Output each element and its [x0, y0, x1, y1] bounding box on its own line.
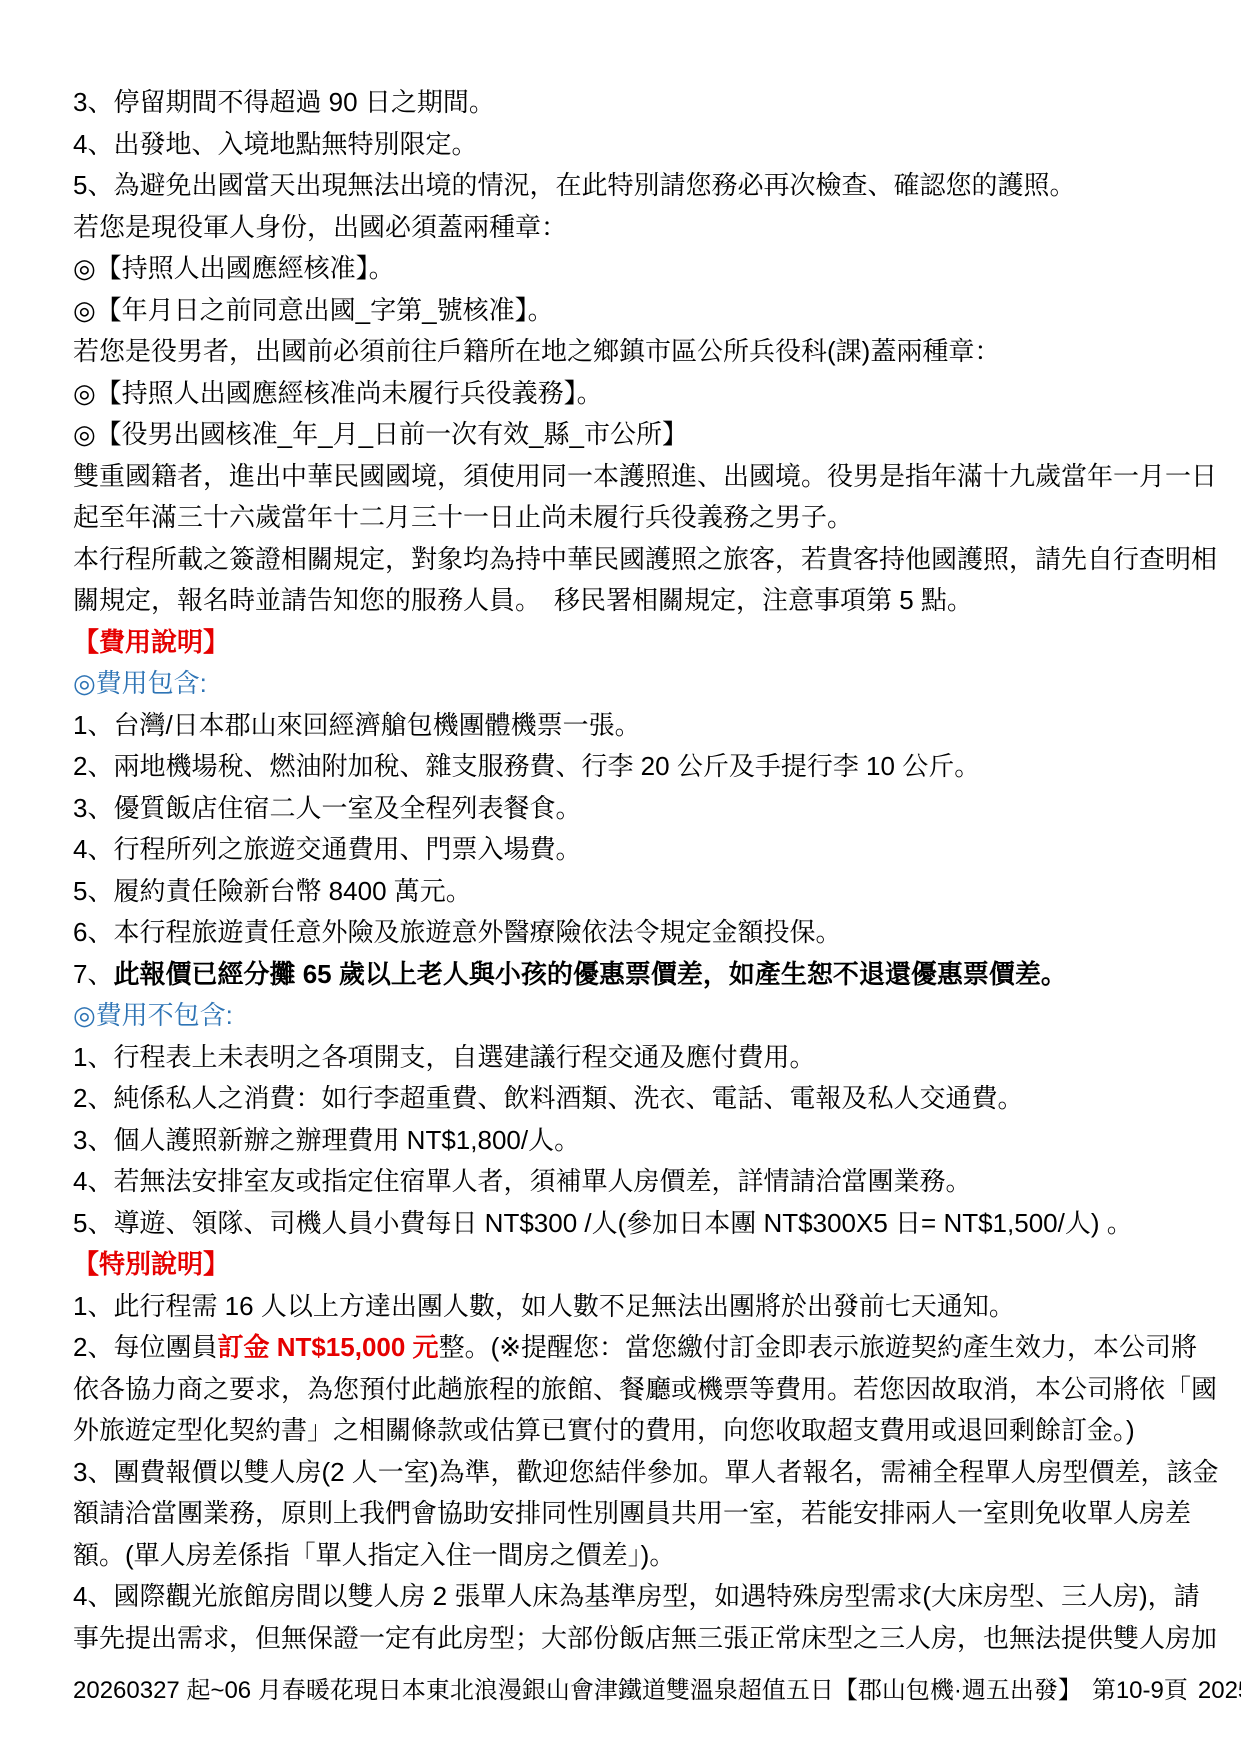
intro-line: ◎【持照人出國應經核准尚未履行兵役義務】。	[73, 373, 1183, 415]
fee-include-item: 1、台灣/日本郡山來回經濟艙包機團體機票一張。	[73, 705, 1183, 747]
document-body: 3、停留期間不得超過 90 日之期間。 4、出發地、入境地點無特別限定。 5、為…	[73, 82, 1183, 1659]
intro-line: 5、為避免出國當天出現無法出境的情況，在此特別請您務必再次檢查、確認您的護照。	[73, 165, 1183, 207]
intro-line: ◎【年月日之前同意出國_字第_號核准】。	[73, 290, 1183, 332]
item-number: 7、	[73, 959, 113, 989]
special-item: 外旅遊定型化契約書」之相關條款或估算已實付的費用，向您收取超支費用或退回剩餘訂金…	[73, 1410, 1183, 1452]
footer-page-number: 第10-9頁	[1092, 1677, 1188, 1704]
document-page: 3、停留期間不得超過 90 日之期間。 4、出發地、入境地點無特別限定。 5、為…	[0, 0, 1241, 1755]
fee-section-heading: 【費用說明】	[73, 622, 1183, 664]
special-item: 4、國際觀光旅館房間以雙人房 2 張單人床為基準房型，如遇特殊房型需求(大床房型…	[73, 1576, 1183, 1618]
special-item: 額。(單人房差係指「單人指定入住一間房之價差」)。	[73, 1535, 1183, 1577]
intro-line: 3、停留期間不得超過 90 日之期間。	[73, 82, 1183, 124]
intro-line: 關規定，報名時並請告知您的服務人員。 移民署相關規定，注意事項第 5 點。	[73, 580, 1183, 622]
footer-date: 2025/11/13	[1198, 1677, 1241, 1704]
fee-exclude-item: 2、純係私人之消費：如行李超重費、飲料酒類、洗衣、電話、電報及私人交通費。	[73, 1078, 1183, 1120]
special-item: 1、此行程需 16 人以上方達出團人數，如人數不足無法出團將於出發前七天通知。	[73, 1286, 1183, 1328]
intro-line: 4、出發地、入境地點無特別限定。	[73, 124, 1183, 166]
intro-line: 若您是役男者，出國前必須前往戶籍所在地之鄉鎮市區公所兵役科(課)蓋兩種章：	[73, 331, 1183, 373]
intro-line: ◎【持照人出國應經核准】。	[73, 248, 1183, 290]
special-section-heading: 【特別說明】	[73, 1244, 1183, 1286]
intro-line: 若您是現役軍人身份，出國必須蓋兩種章：	[73, 207, 1183, 249]
fee-include-item: 2、兩地機場稅、燃油附加稅、雜支服務費、行李 20 公斤及手提行李 10 公斤。	[73, 746, 1183, 788]
deposit-line-post: 整。(※提醒您：當您繳付訂金即表示旅遊契約產生效力，本公司將	[439, 1332, 1197, 1362]
special-item-deposit: 2、每位團員訂金 NT$15,000 元整。(※提醒您：當您繳付訂金即表示旅遊契…	[73, 1327, 1183, 1369]
intro-line: ◎【役男出國核准_年_月_日前一次有效_縣_市公所】	[73, 414, 1183, 456]
fee-include-item: 3、優質飯店住宿二人一室及全程列表餐食。	[73, 788, 1183, 830]
fee-include-item: 4、行程所列之旅遊交通費用、門票入場費。	[73, 829, 1183, 871]
fee-exclude-item: 3、個人護照新辦之辦理費用 NT$1,800/人。	[73, 1120, 1183, 1162]
fee-include-item: 5、履約責任險新台幣 8400 萬元。	[73, 871, 1183, 913]
intro-line: 雙重國籍者，進出中華民國國境，須使用同一本護照進、出國境。役男是指年滿十九歲當年…	[73, 456, 1183, 498]
special-item: 依各協力商之要求，為您預付此趟旅程的旅館、餐廳或機票等費用。若您因故取消，本公司…	[73, 1369, 1183, 1411]
intro-line: 起至年滿三十六歲當年十二月三十一日止尚未履行兵役義務之男子。	[73, 497, 1183, 539]
fee-exclude-item: 4、若無法安排室友或指定住宿單人者，須補單人房價差，詳情請洽當團業務。	[73, 1161, 1183, 1203]
special-item: 3、團費報價以雙人房(2 人一室)為準，歡迎您結伴參加。單人者報名，需補全程單人…	[73, 1452, 1183, 1494]
page-footer: 20260327 起~06 月春暖花現日本東北浪漫銀山會津鐵道雙溫泉超值五日【郡…	[73, 1674, 1183, 1708]
fee-exclude-label: ◎費用不包含:	[73, 995, 1183, 1037]
intro-line: 本行程所載之簽證相關規定，對象均為持中華民國護照之旅客，若貴客持他國護照，請先自…	[73, 539, 1183, 581]
item-bold-text: 此報價已經分攤 65 歲以上老人與小孩的優惠票價差，如產生恕不退還優惠票價差。	[113, 959, 1066, 989]
fee-exclude-item: 5、導遊、領隊、司機人員小費每日 NT$300 /人(參加日本團 NT$300X…	[73, 1203, 1183, 1245]
fee-include-label: ◎費用包含:	[73, 663, 1183, 705]
special-item: 事先提出需求，但無保證一定有此房型；大部份飯店無三張正常床型之三人房，也無法提供…	[73, 1618, 1183, 1660]
fee-include-item: 6、本行程旅遊責任意外險及旅遊意外醫療險依法令規定金額投保。	[73, 912, 1183, 954]
special-item: 額請洽當團業務，原則上我們會協助安排同性別團員共用一室，若能安排兩人一室則免收單…	[73, 1493, 1183, 1535]
deposit-amount: 訂金 NT$15,000 元	[217, 1332, 438, 1362]
fee-include-item-7: 7、此報價已經分攤 65 歲以上老人與小孩的優惠票價差，如產生恕不退還優惠票價差…	[73, 954, 1183, 996]
deposit-line-pre: 2、每位團員	[73, 1332, 217, 1362]
fee-exclude-item: 1、行程表上未表明之各項開支，自選建議行程交通及應付費用。	[73, 1037, 1183, 1079]
footer-tour-title: 20260327 起~06 月春暖花現日本東北浪漫銀山會津鐵道雙溫泉超值五日【郡…	[73, 1677, 1082, 1704]
